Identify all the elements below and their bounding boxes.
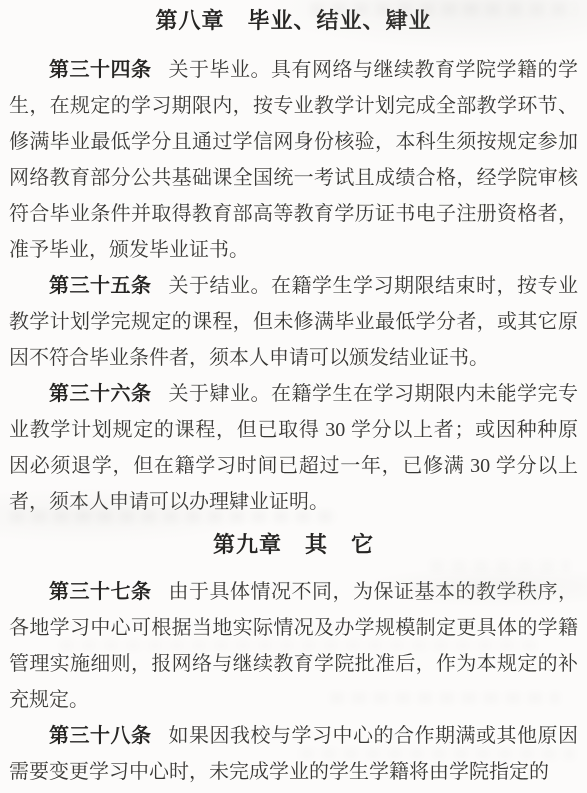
chapter-9-heading: 第九章 其 它 <box>9 528 578 562</box>
document-page: 第八章 毕业、结业、肄业 第三十四条关于毕业。具有网络与继续教育学院学籍的学生，… <box>0 0 587 793</box>
article-37-number: 第三十七条 <box>49 581 152 603</box>
article-34-number: 第三十四条 <box>49 59 152 81</box>
chapter-8-heading: 第八章 毕业、结业、肄业 <box>9 4 578 38</box>
article-34: 第三十四条关于毕业。具有网络与继续教育学院学籍的学生，在规定的学习期限内，按专业… <box>9 52 578 268</box>
article-36-number: 第三十六条 <box>49 383 152 405</box>
article-35-number: 第三十五条 <box>49 275 152 297</box>
article-38-number: 第三十八条 <box>49 725 152 747</box>
article-38: 第三十八条如果因我校与学习中心的合作期满或其他原因需要变更学习中心时，未完成学业… <box>9 718 578 790</box>
article-36: 第三十六条关于肄业。在籍学生在学习期限内未能学完专业教学计划规定的课程，但已取得… <box>9 376 578 520</box>
article-35: 第三十五条关于结业。在籍学生学习期限结束时，按专业教学计划学完规定的课程，但未修… <box>9 268 578 376</box>
article-34-text: 关于毕业。具有网络与继续教育学院学籍的学生，在规定的学习期限内，按专业教学计划完… <box>9 59 578 261</box>
article-37: 第三十七条由于具体情况不同，为保证基本的教学秩序，各地学习中心可根据当地实际情况… <box>9 574 578 718</box>
